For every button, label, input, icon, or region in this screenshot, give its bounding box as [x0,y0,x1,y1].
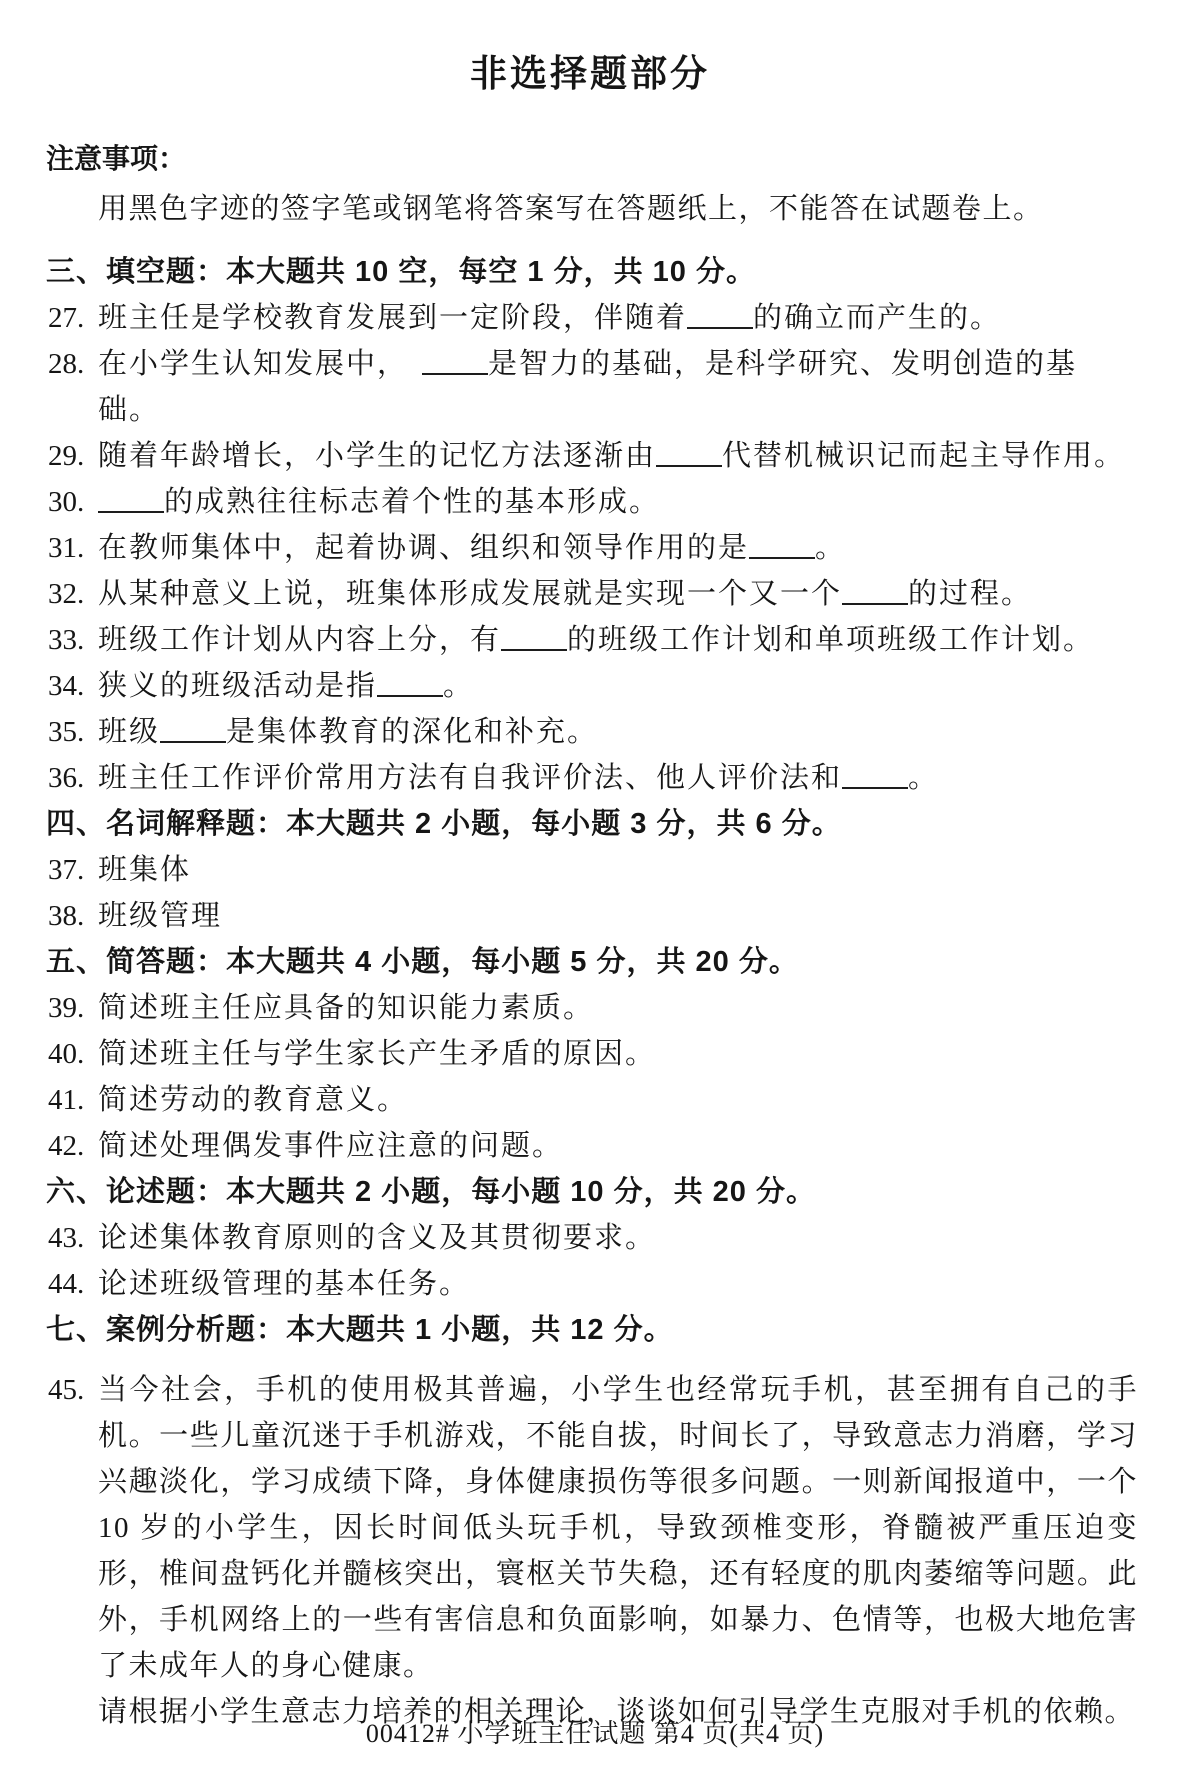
question-number: 33. [42,617,98,663]
question-number: 45. [42,1367,98,1413]
question-31: 31. 在教师集体中，起着协调、组织和领导作用的是。 [42,525,1138,571]
question-text: 论述集体教育原则的含义及其贯彻要求。 [98,1215,1138,1261]
question-text-pre: 狭义的班级活动是指 [98,670,377,702]
question-text-pre: 在教师集体中，起着协调、组织和领导作用的是 [98,532,749,564]
fill-blank [842,765,908,789]
question-41: 41. 简述劳动的教育意义。 [42,1077,1138,1123]
question-text: 班级管理 [98,893,1138,939]
question-text: 随着年龄增长，小学生的记忆方法逐渐由代替机械识记而起主导作用。 [98,433,1138,479]
question-text: 简述劳动的教育意义。 [98,1077,1138,1123]
notice-label: 注意事项： [42,136,1138,182]
question-text-pre: 班级 [98,716,160,748]
question-text-pre: 班主任工作评价常用方法有自我评价法、他人评价法和 [98,762,842,794]
question-28: 28. 在小学生认知发展中，是智力的基础，是科学研究、发明创造的基础。 [42,341,1138,433]
question-text: 班集体 [98,847,1138,893]
question-44: 44. 论述班级管理的基本任务。 [42,1261,1138,1307]
question-number: 30. [42,479,98,525]
question-number: 38. [42,893,98,939]
section-heading-fill: 三、填空题：本大题共 10 空，每空 1 分，共 10 分。 [42,249,1138,295]
question-text: 在小学生认知发展中，是智力的基础，是科学研究、发明创造的基础。 [98,341,1138,433]
question-text-post: 的过程。 [908,578,1032,610]
fill-blank [160,719,226,743]
section-heading-essay: 六、论述题：本大题共 2 小题，每小题 10 分，共 20 分。 [42,1169,1138,1215]
question-text: 的成熟往往标志着个性的基本形成。 [98,479,1138,525]
question-text-post: 是集体教育的深化和补充。 [226,716,598,748]
fill-blank [842,581,908,605]
fill-blank [377,673,443,697]
question-37: 37. 班集体 [42,847,1138,893]
question-text: 简述处理偶发事件应注意的问题。 [98,1123,1138,1169]
question-45: 45. 当今社会，手机的使用极其普遍，小学生也经常玩手机，甚至拥有自己的手机。一… [42,1367,1138,1735]
question-number: 40. [42,1031,98,1077]
question-text: 简述班主任与学生家长产生矛盾的原因。 [98,1031,1138,1077]
question-text-pre: 班主任是学校教育发展到一定阶段，伴随着 [98,302,687,334]
question-number: 42. [42,1123,98,1169]
question-text-post: 代替机械识记而起主导作用。 [722,440,1125,472]
question-27: 27. 班主任是学校教育发展到一定阶段，伴随着的确立而产生的。 [42,295,1138,341]
section-heading-terms: 四、名词解释题：本大题共 2 小题，每小题 3 分，共 6 分。 [42,801,1138,847]
question-text-post: 的确立而产生的。 [753,302,1001,334]
page-title: 非选择题部分 [42,52,1138,96]
question-43: 43. 论述集体教育原则的含义及其贯彻要求。 [42,1215,1138,1261]
case-description: 当今社会，手机的使用极其普遍，小学生也经常玩手机，甚至拥有自己的手机。一些儿童沉… [98,1367,1138,1689]
question-text: 从某种意义上说，班集体形成发展就是实现一个又一个的过程。 [98,571,1138,617]
question-38: 38. 班级管理 [42,893,1138,939]
page-footer: 00412# 小学班主任试题 第4 页(共4 页) [0,1713,1190,1750]
question-text: 狭义的班级活动是指。 [98,663,1138,709]
question-text: 班级工作计划从内容上分，有的班级工作计划和单项班级工作计划。 [98,617,1138,663]
exam-page: 非选择题部分 注意事项： 用黑色字迹的签字笔或钢笔将答案写在答题纸上，不能答在试… [0,0,1190,1772]
question-text: 班主任工作评价常用方法有自我评价法、他人评价法和。 [98,755,1138,801]
section-heading-short-answer: 五、简答题：本大题共 4 小题，每小题 5 分，共 20 分。 [42,939,1138,985]
question-30: 30. 的成熟往往标志着个性的基本形成。 [42,479,1138,525]
question-40: 40. 简述班主任与学生家长产生矛盾的原因。 [42,1031,1138,1077]
fill-blank [98,489,164,513]
question-text-post: 的班级工作计划和单项班级工作计划。 [567,624,1094,656]
question-number: 28. [42,341,98,387]
question-number: 35. [42,709,98,755]
question-number: 32. [42,571,98,617]
question-number: 31. [42,525,98,571]
question-35: 35. 班级是集体教育的深化和补充。 [42,709,1138,755]
question-32: 32. 从某种意义上说，班集体形成发展就是实现一个又一个的过程。 [42,571,1138,617]
question-text: 班级是集体教育的深化和补充。 [98,709,1138,755]
notice-text: 用黑色字迹的签字笔或钢笔将答案写在答题纸上，不能答在试题卷上。 [42,186,1138,232]
question-text: 在教师集体中，起着协调、组织和领导作用的是。 [98,525,1138,571]
question-39: 39. 简述班主任应具备的知识能力素质。 [42,985,1138,1031]
question-number: 41. [42,1077,98,1123]
question-text: 简述班主任应具备的知识能力素质。 [98,985,1138,1031]
question-number: 34. [42,663,98,709]
fill-blank [687,305,753,329]
question-number: 37. [42,847,98,893]
question-text-pre: 班级工作计划从内容上分，有 [98,624,501,656]
fill-blank [422,351,488,375]
question-text: 班主任是学校教育发展到一定阶段，伴随着的确立而产生的。 [98,295,1138,341]
question-number: 36. [42,755,98,801]
question-33: 33. 班级工作计划从内容上分，有的班级工作计划和单项班级工作计划。 [42,617,1138,663]
question-text-pre: 在小学生认知发展中， [98,348,408,380]
question-number: 29. [42,433,98,479]
question-text-post: 。 [815,532,846,564]
question-42: 42. 简述处理偶发事件应注意的问题。 [42,1123,1138,1169]
question-number: 39. [42,985,98,1031]
question-text-pre: 随着年龄增长，小学生的记忆方法逐渐由 [98,440,656,472]
question-text-post: 。 [443,670,474,702]
question-number: 27. [42,295,98,341]
section-heading-case-analysis: 七、案例分析题：本大题共 1 小题，共 12 分。 [42,1307,1138,1353]
question-text: 论述班级管理的基本任务。 [98,1261,1138,1307]
fill-blank [501,627,567,651]
question-number: 43. [42,1215,98,1261]
question-36: 36. 班主任工作评价常用方法有自我评价法、他人评价法和。 [42,755,1138,801]
question-text-pre: 从某种意义上说，班集体形成发展就是实现一个又一个 [98,578,842,610]
question-34: 34. 狭义的班级活动是指。 [42,663,1138,709]
question-number: 44. [42,1261,98,1307]
question-text-post: 。 [908,762,939,794]
question-body: 三、填空题：本大题共 10 空，每空 1 分，共 10 分。 27. 班主任是学… [42,249,1138,1735]
question-text: 当今社会，手机的使用极其普遍，小学生也经常玩手机，甚至拥有自己的手机。一些儿童沉… [98,1367,1138,1735]
question-text-post: 的成熟往往标志着个性的基本形成。 [164,486,660,518]
fill-blank [656,443,722,467]
fill-blank [749,535,815,559]
question-29: 29. 随着年龄增长，小学生的记忆方法逐渐由代替机械识记而起主导作用。 [42,433,1138,479]
